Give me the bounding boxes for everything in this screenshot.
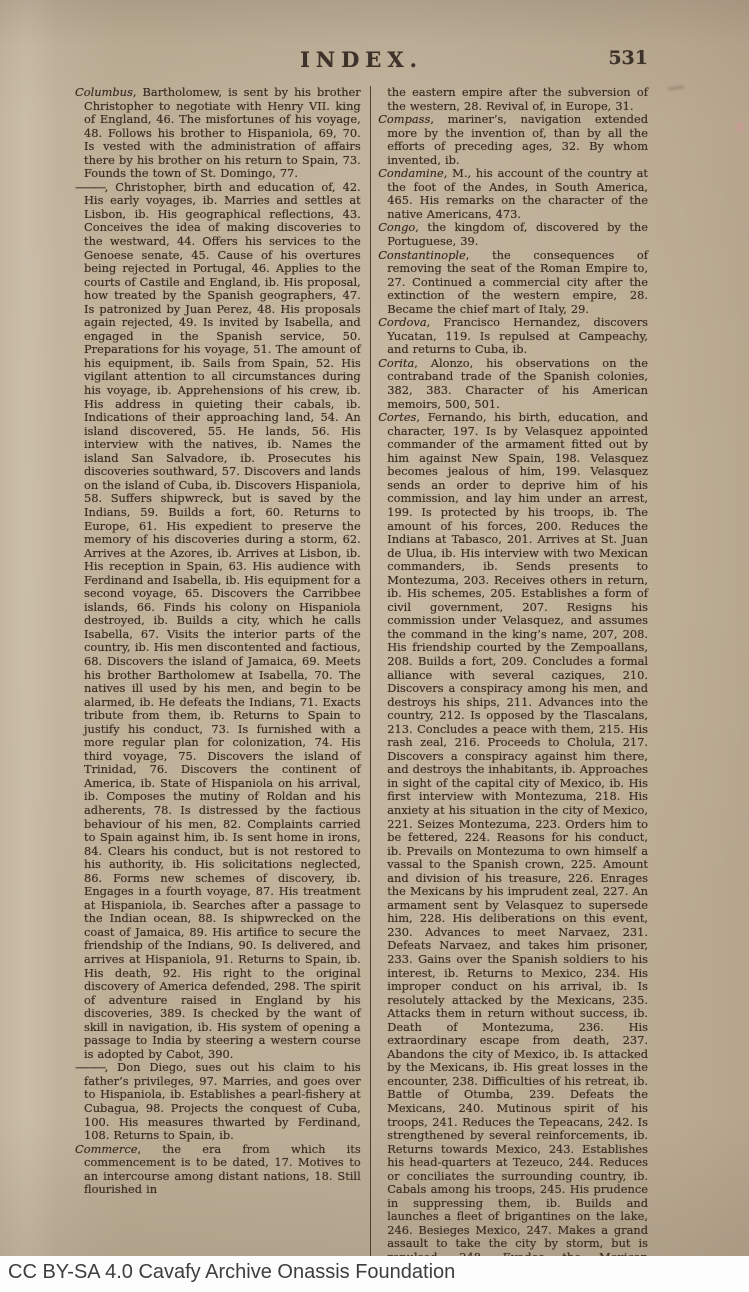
entry-term: Condamine [378,166,444,180]
index-entry: ———, Christopher, birth and education of… [75,181,361,1062]
entry-term: Constantinople [378,248,466,262]
index-entry: Commerce, the era from which its commenc… [75,1143,361,1197]
page-number: 531 [608,47,648,69]
entry-body: , Christopher, birth and education of, 4… [84,180,361,1061]
index-columns: Columbus, Bartholomew, is sent by his br… [75,86,648,1278]
index-entry: Constantinople, the consequences of remo… [378,249,648,317]
entry-body: , the kingdom of, discovered by the Port… [387,220,648,248]
license-text: CC BY-SA 4.0 Cavafy Archive Onassis Foun… [0,1256,749,1284]
index-entry: Condamine, M., his account of the countr… [378,167,648,221]
entry-term: Columbus [75,85,133,99]
entry-term: Congo [378,220,415,234]
entry-term: Cortes [378,410,416,424]
entry-body: , Alonzo, his observations on the contra… [387,356,648,411]
entry-term: ——— [75,1060,105,1074]
entry-body: , Fernando, his birth, education, and ch… [387,410,648,1277]
index-entry: Cordova, Francisco Hernandez, discovers … [378,316,648,357]
entry-term: Compass [378,112,430,126]
scan-smudge [668,85,684,91]
index-entry: Columbus, Bartholomew, is sent by his br… [75,86,361,181]
entry-body: , Bartholomew, is sent by his brother Ch… [84,85,361,180]
page-title: INDEX. [75,47,648,72]
entry-body: the eastern empire after the subversion … [387,85,648,113]
scanned-book-page: INDEX. 531 Columbus, Bartholomew, is sen… [0,0,749,1256]
page-header: INDEX. 531 [75,47,648,75]
index-entry: Corita, Alonzo, his observations on the … [378,357,648,411]
license-bar: CC BY-SA 4.0 Cavafy Archive Onassis Foun… [0,1256,749,1292]
index-entry: Compass, mariner’s, navigation extended … [378,113,648,167]
right-column: the eastern empire after the subversion … [371,86,648,1278]
index-entry: the eastern empire after the subversion … [378,86,648,113]
scan-blemish [735,122,744,132]
entry-term: Corita [378,356,414,370]
entry-body: , Francisco Hernandez, discovers Yucatan… [387,315,648,356]
entry-term: Cordova [378,315,426,329]
index-entry: Congo, the kingdom of, discovered by the… [378,221,648,248]
index-entry: Cortes, Fernando, his birth, education, … [378,411,648,1278]
entry-term: ——— [75,180,105,194]
entry-term: Commerce [75,1142,137,1156]
index-entry: ———, Don Diego, sues out his claim to hi… [75,1061,361,1142]
entry-body: , Don Diego, sues out his claim to his f… [84,1060,361,1142]
left-column: Columbus, Bartholomew, is sent by his br… [75,86,361,1278]
